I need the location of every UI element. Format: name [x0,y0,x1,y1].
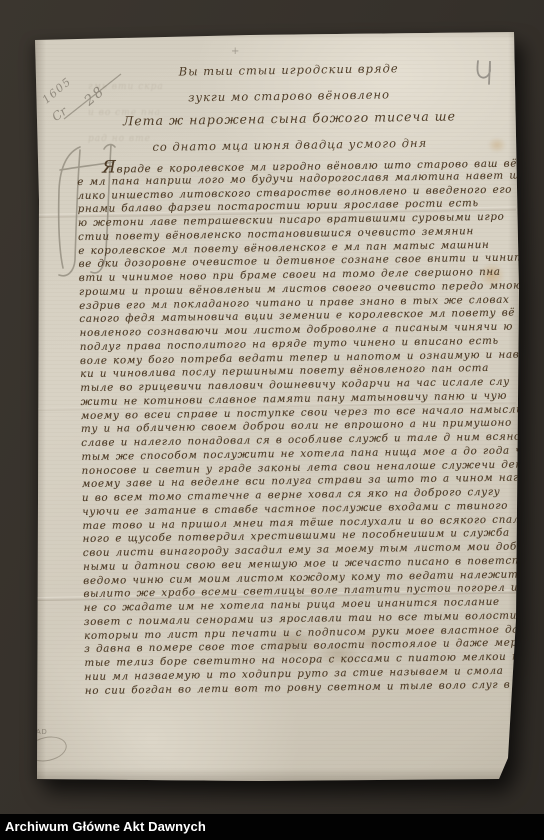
manuscript-header-line: со днато мца июня двадца усмого дня [115,135,465,154]
manuscript-text: Вы тыи стыи игродскии вряде зукги мо ста… [0,0,544,840]
manuscript-header-line: зукги мо старово вёновлено [114,86,464,105]
manuscript-paper: 1605 28 Cr + гмь вти скраи во сте пнарад… [0,0,544,840]
manuscript-header-line: Лета ж нарожена сына божого тисеча ше [114,108,464,128]
archive-stamp-letters: AD [36,729,48,736]
archive-caption-bar: Archiwum Główne Akt Dawnych [0,814,544,840]
archival-photo: 1605 28 Cr + гмь вти скраи во сте пнарад… [0,0,544,840]
manuscript-body: Явраде е королевское мл игродно вёновлю … [77,156,523,699]
manuscript-header-line: Вы тыи стыи игродскии вряде [114,60,464,79]
archive-caption: Archiwum Główne Akt Dawnych [0,814,544,839]
paper-shadow: 1605 28 Cr + гмь вти скраи во сте пнарад… [0,0,544,840]
